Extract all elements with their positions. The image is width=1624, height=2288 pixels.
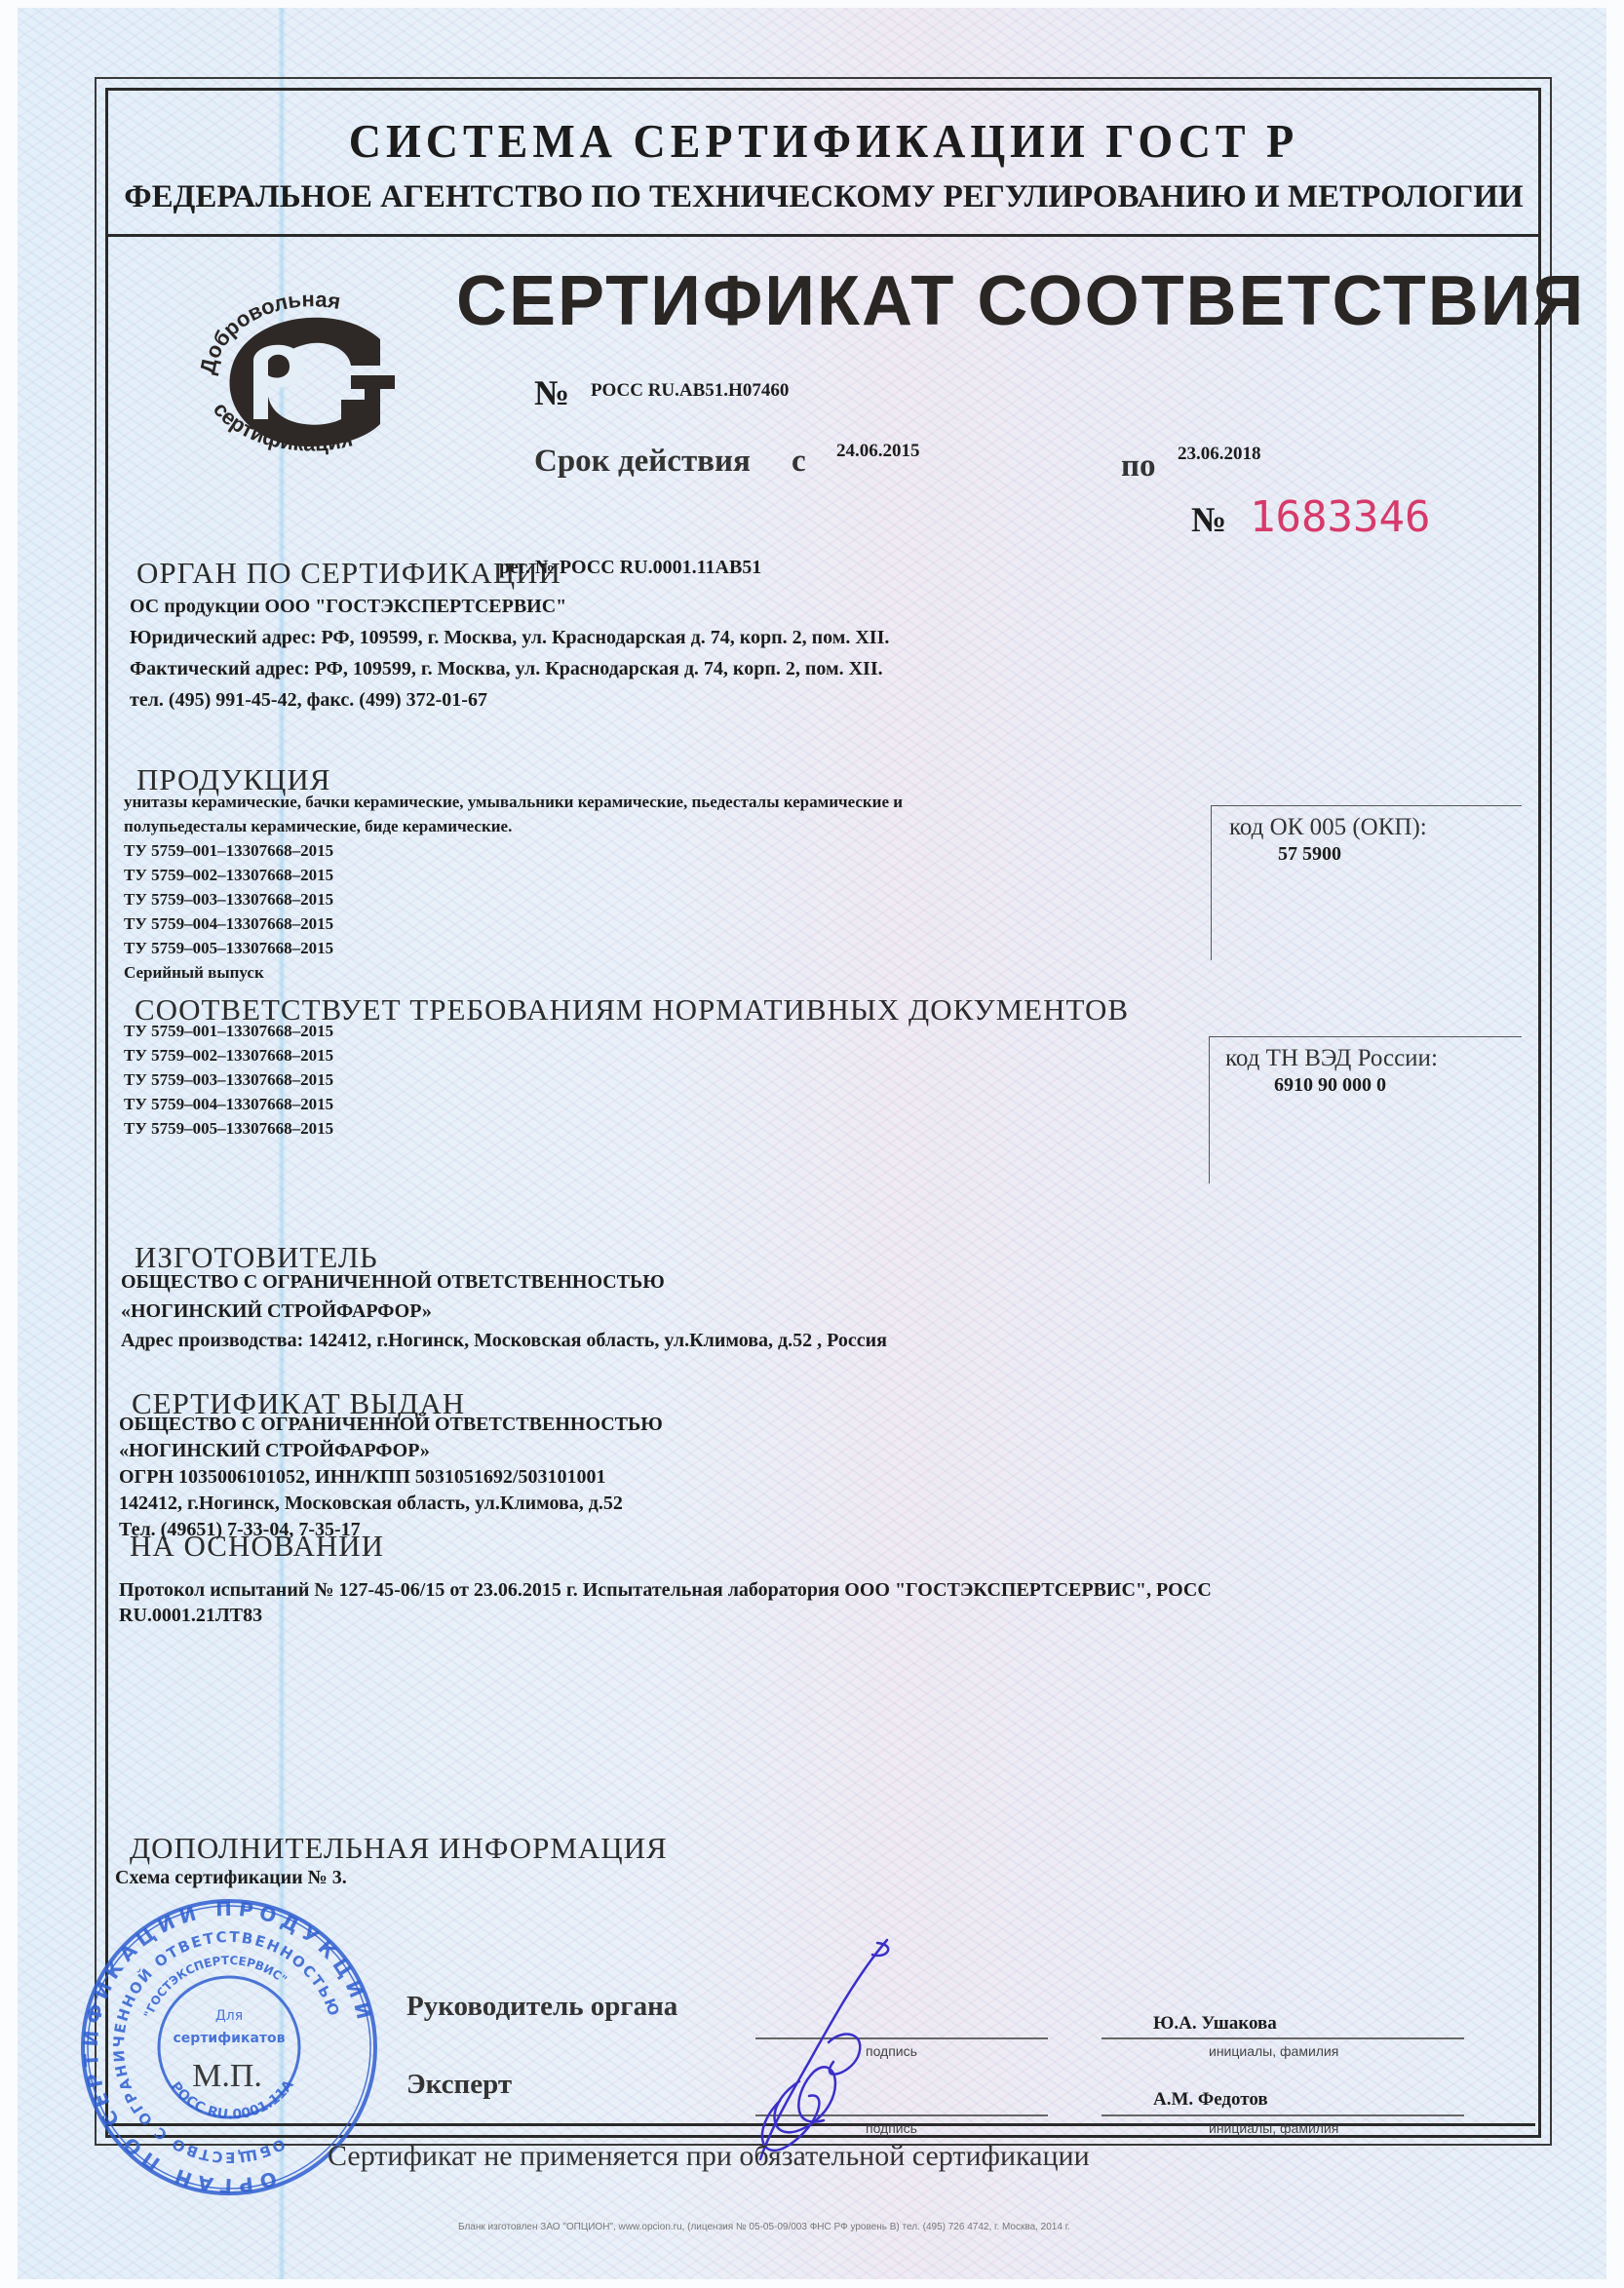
head-name-line: [1102, 2037, 1464, 2039]
expert-name-line: [1102, 2114, 1464, 2116]
conformity-line: ТУ 5759–005–13307668–2015: [124, 1116, 333, 1141]
print-info: Бланк изготовлен ЗАО "ОПЦИОН", www.opcio…: [458, 2222, 1070, 2232]
system-title: СИСТЕМА СЕРТИФИКАЦИИ ГОСТ Р: [0, 114, 1624, 169]
issued-to-details: ОБЩЕСТВО С ОГРАНИЧЕННОЙ ОТВЕТСТВЕННОСТЬЮ…: [119, 1412, 663, 1543]
head-name-caption: инициалы, фамилия: [1209, 2043, 1338, 2059]
expert-label: Эксперт: [406, 2069, 512, 2101]
certificate-title: СЕРТИФИКАТ СООТВЕТСТВИЯ: [456, 261, 1585, 341]
head-label: Руководитель органа: [406, 1991, 677, 2023]
voluntary-note: Сертификат не применяется при обязательн…: [328, 2140, 1090, 2173]
issued-to-line: ОБЩЕСТВО С ОГРАНИЧЕННОЙ ОТВЕТСТВЕННОСТЬЮ: [119, 1412, 663, 1438]
number-sign: №: [534, 372, 569, 413]
basis-heading: НА ОСНОВАНИИ: [130, 1529, 384, 1564]
certification-body-heading: ОРГАН ПО СЕРТИФИКАЦИИ: [136, 556, 561, 591]
header-divider: [108, 234, 1538, 237]
certification-body-details: ОС продукции ООО "ГОСТЭКСПЕРТСЕРВИС" Юри…: [130, 591, 889, 716]
certification-body-line: тел. (495) 991-45-42, факс. (499) 372-01…: [130, 684, 889, 716]
head-name: Ю.А. Ушакова: [1153, 2013, 1277, 2035]
stamp-center-line2: сертификатов: [174, 2031, 286, 2046]
tnved-value: 6910 90 000 0: [1274, 1074, 1522, 1097]
additional-info-heading: ДОПОЛНИТЕЛЬНАЯ ИНФОРМАЦИЯ: [130, 1831, 668, 1866]
tnved-code-box: код ТН ВЭД России: 6910 90 000 0: [1209, 1036, 1522, 1183]
expert-name-caption: инициалы, фамилия: [1209, 2120, 1338, 2136]
validity-to-label: по: [1121, 448, 1156, 485]
validity-from-label: с: [792, 444, 806, 480]
conformity-line: ТУ 5759–002–13307668–2015: [124, 1043, 333, 1067]
products-line: ТУ 5759–003–13307668–2015: [124, 887, 903, 911]
manufacturer-line: ОБЩЕСТВО С ОГРАНИЧЕННОЙ ОТВЕТСТВЕННОСТЬЮ: [121, 1267, 887, 1297]
products-list: унитазы керамические, бачки керамические…: [124, 790, 903, 985]
issued-to-line: 142412, г.Ногинск, Московская область, у…: [119, 1491, 663, 1517]
validity-label: Срок действия: [534, 444, 751, 480]
rst-logo-icon: Добровольная сертификация: [195, 283, 439, 478]
certificate-number: РОСС RU.AB51.H07460: [591, 380, 789, 402]
okp-code-box: код ОК 005 (ОКП): 57 5900: [1211, 805, 1522, 960]
products-line: ТУ 5759–002–13307668–2015: [124, 863, 903, 887]
seal-place-label: М.П.: [192, 2058, 262, 2094]
manufacturer-line: «НОГИНСКИЙ СТРОЙФАРФОР»: [121, 1297, 887, 1326]
manufacturer-line: Адрес производства: 142412, г.Ногинск, М…: [121, 1326, 887, 1355]
issued-to-line: ОГРН 1035006101052, ИНН/КПП 5031051692/5…: [119, 1464, 663, 1491]
okp-label: код ОК 005 (ОКП):: [1229, 814, 1522, 841]
products-line: унитазы керамические, бачки керамические…: [124, 790, 903, 814]
conformity-line: ТУ 5759–004–13307668–2015: [124, 1092, 333, 1116]
valid-from-date: 24.06.2015: [836, 441, 920, 462]
basis-line: RU.0001.21ЛТ83: [119, 1603, 1212, 1628]
basis-line: Протокол испытаний № 127-45-06/15 от 23.…: [119, 1577, 1212, 1603]
expert-name: А.М. Федотов: [1153, 2089, 1268, 2111]
products-line: полупьедесталы керамические, биде керами…: [124, 814, 903, 838]
issued-to-line: «НОГИНСКИЙ СТРОЙФАРФОР»: [119, 1438, 663, 1464]
stamp-center-line1: Для: [215, 2008, 243, 2024]
conformity-list: ТУ 5759–001–13307668–2015 ТУ 5759–002–13…: [124, 1019, 333, 1141]
certification-scheme: Схема сертификации № 3.: [115, 1866, 347, 1890]
manufacturer-details: ОБЩЕСТВО С ОГРАНИЧЕННОЙ ОТВЕТСТВЕННОСТЬЮ…: [121, 1267, 887, 1355]
agency-name: ФЕДЕРАЛЬНОЕ АГЕНТСТВО ПО ТЕХНИЧЕСКОМУ РЕ…: [0, 179, 1624, 215]
valid-to-date: 23.06.2018: [1178, 444, 1261, 465]
products-line: ТУ 5759–001–13307668–2015: [124, 838, 903, 863]
certification-body-line: Фактический адрес: РФ, 109599, г. Москва…: [130, 653, 889, 684]
conformity-line: ТУ 5759–001–13307668–2015: [124, 1019, 333, 1043]
products-line: Серийный выпуск: [124, 960, 903, 985]
blank-number: 1683346: [1250, 492, 1430, 542]
conformity-line: ТУ 5759–003–13307668–2015: [124, 1067, 333, 1092]
blank-number-sign: №: [1191, 499, 1226, 540]
handwritten-signature-icon: [741, 1935, 936, 2169]
products-line: ТУ 5759–005–13307668–2015: [124, 936, 903, 960]
products-line: ТУ 5759–004–13307668–2015: [124, 911, 903, 936]
basis-details: Протокол испытаний № 127-45-06/15 от 23.…: [119, 1577, 1212, 1628]
certification-body-reg: рег. № РОСС RU.0001.11AB51: [499, 556, 761, 580]
certification-body-line: ОС продукции ООО "ГОСТЭКСПЕРТСЕРВИС": [130, 591, 889, 622]
okp-value: 57 5900: [1278, 843, 1522, 866]
certification-body-line: Юридический адрес: РФ, 109599, г. Москва…: [130, 622, 889, 653]
tnved-label: код ТН ВЭД России:: [1225, 1045, 1522, 1072]
